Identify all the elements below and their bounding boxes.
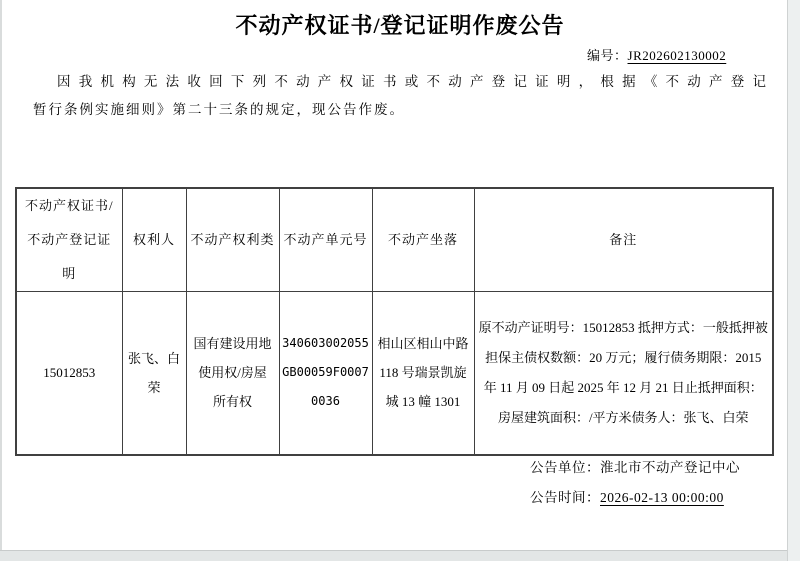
- doc-number-label: 编号：: [587, 48, 628, 63]
- page-title: 不动产权证书/登记证明作废公告: [0, 9, 800, 40]
- page-left-border: [0, 0, 2, 561]
- announcement-time-label: 公告时间：: [530, 490, 600, 505]
- announcement-unit-label: 公告单位：: [530, 460, 600, 475]
- column-header-unit-no: 不动产单元号: [279, 188, 372, 292]
- body-line-2: 暂行条例实施细则》第二十三条的规定，现公告作废。: [33, 96, 768, 124]
- cell-cert-no: 15012853: [16, 292, 122, 455]
- cell-holder: 张飞、白荣: [122, 292, 186, 455]
- doc-number-value: JR202602130002: [628, 48, 727, 63]
- cell-remark: 原不动产证明号：15012853 抵押方式：一般抵押被担保主债权数额：20 万元…: [474, 292, 773, 455]
- cell-location: 相山区相山中路 118 号瑞景凯旋城 13 幢 1301: [372, 292, 474, 455]
- horizontal-scrollbar-track[interactable]: [0, 550, 787, 561]
- announcement-table: 不动产权证书/不动产登记证明 权利人 不动产权利类 不动产单元号 不动产坐落 备…: [15, 187, 774, 456]
- body-paragraph: 因我机构无法收回下列不动产权证书或不动产登记证明，根据《不动产登记 暂行条例实施…: [33, 68, 768, 124]
- announcement-unit: 公告单位：淮北市不动产登记中心: [530, 456, 740, 476]
- announcement-page: 不动产权证书/登记证明作废公告 编号：JR202602130002 因我机构无法…: [0, 0, 800, 561]
- cell-right-type: 国有建设用地使用权/房屋所有权: [186, 292, 279, 455]
- body-line-1: 因我机构无法收回下列不动产权证书或不动产登记证明，根据《不动产登记: [33, 68, 768, 96]
- column-header-cert-no: 不动产权证书/不动产登记证明: [16, 188, 122, 292]
- table-row: 15012853 张飞、白荣 国有建设用地使用权/房屋所有权 340603002…: [16, 292, 773, 455]
- column-header-location: 不动产坐落: [372, 188, 474, 292]
- doc-number: 编号：JR202602130002: [587, 45, 726, 64]
- column-header-holder: 权利人: [122, 188, 186, 292]
- announcement-unit-value: 淮北市不动产登记中心: [600, 460, 740, 475]
- column-header-right-type: 不动产权利类: [186, 188, 279, 292]
- vertical-scrollbar-track[interactable]: [787, 0, 800, 561]
- column-header-remark: 备注: [474, 188, 773, 292]
- announcement-time: 公告时间：2026-02-13 00:00:00: [530, 486, 724, 506]
- announcement-time-value: 2026-02-13 00:00:00: [600, 490, 724, 505]
- table-header-row: 不动产权证书/不动产登记证明 权利人 不动产权利类 不动产单元号 不动产坐落 备…: [16, 188, 773, 292]
- cell-unit-no: 340603002055GB00059F00070036: [279, 292, 372, 455]
